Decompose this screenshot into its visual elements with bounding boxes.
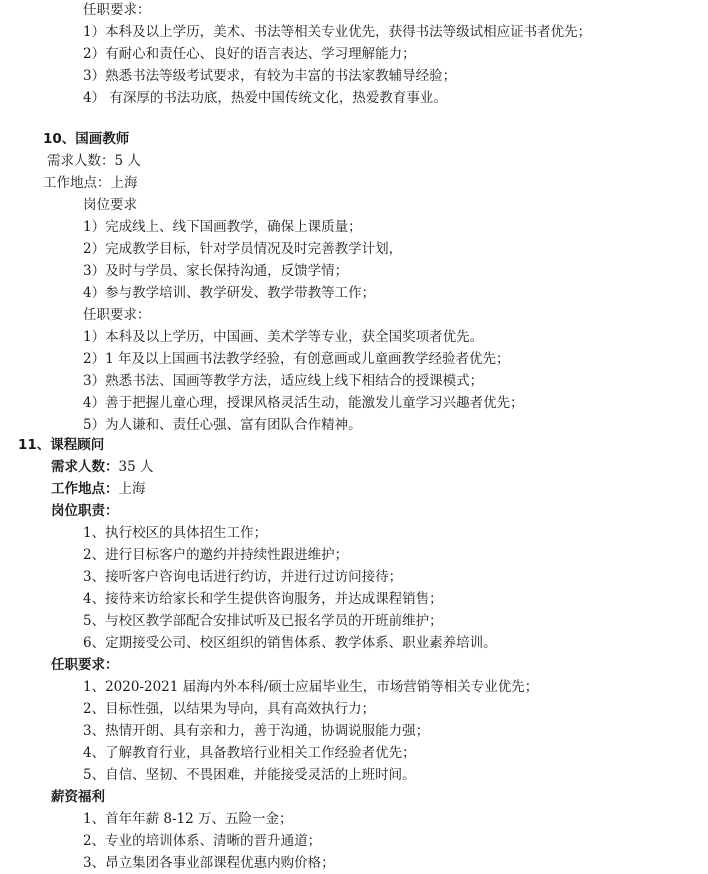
list-item: 2、专业的培训体系、清晰的晋升通道； [83, 832, 321, 850]
list-item: 2、进行目标客户的邀约并持续性跟进维护； [83, 546, 348, 564]
list-item: 1）本科及以上学历，中国画、美术学等专业，获全国奖项者优先。 [83, 328, 483, 346]
headcount-label: 需求人数： [51, 459, 119, 475]
list-item: 6、定期接受公司、校区组织的销售体系、教学体系、职业素养培训。 [83, 634, 497, 652]
headcount: 需求人数：35 人 [51, 458, 153, 476]
list-item: 1、执行校区的具体招生工作； [83, 524, 267, 542]
location-label: 工作地点： [51, 481, 119, 497]
list-item: 1、首年年薪 8-12 万、五险一金； [83, 810, 293, 828]
list-item: 2）完成教学目标，针对学员情况及时完善教学计划， [83, 240, 402, 258]
list-item: 4、了解教育行业，具备教培行业相关工作经验者优先； [83, 744, 416, 762]
location-value: 上海 [119, 481, 146, 497]
list-item: 4）善于把握儿童心理，授课风格灵活生动，能激发儿童学习兴趣者优先； [83, 394, 524, 412]
section-title: 11、课程顾问 [18, 436, 104, 454]
list-item: 4） 有深厚的书法功底，热爱中国传统文化，热爱教育事业。 [83, 89, 447, 107]
headcount-value: 35 人 [119, 459, 154, 475]
list-item: 4、接待来访给家长和学生提供咨询服务，并达成课程销售； [83, 590, 443, 608]
list-item: 5、自信、坚韧、不畏困难，并能接受灵活的上班时间。 [83, 766, 416, 784]
list-item: 3、昂立集团各事业部课程优惠内购价格； [83, 854, 335, 872]
duty-heading: 岗位要求 [83, 196, 137, 214]
list-item: 2、目标性强，以结果为导向，具有高效执行力； [83, 700, 375, 718]
list-item: 5、与校区教学部配合安排试听及已报名学员的开班前维护； [83, 612, 443, 630]
list-item: 3）熟悉书法、国画等教学方法，适应线上线下相结合的授课模式； [83, 372, 483, 390]
list-item: 3、热情开朗、具有亲和力，善于沟通，协调说服能力强； [83, 722, 429, 740]
headcount: 需求人数：5 人 [47, 152, 141, 170]
req-heading: 任职要求： [83, 1, 151, 19]
duty-heading: 岗位职责： [51, 502, 119, 520]
list-item: 3）熟悉书法等级考试要求，有较为丰富的书法家教辅导经验； [83, 67, 456, 85]
section-title: 10、国画教师 [43, 130, 129, 148]
list-item: 2）1 年及以上国画书法教学经验，有创意画或儿童画教学经验者优先； [83, 350, 509, 368]
list-item: 5）为人谦和、责任心强、富有团队合作精神。 [83, 416, 362, 434]
req-heading: 任职要求： [83, 306, 151, 324]
req-heading: 任职要求： [51, 656, 119, 674]
benefit-heading: 薪资福利 [51, 788, 105, 806]
list-item: 1）完成线上、线下国画教学，确保上课质量； [83, 218, 362, 236]
list-item: 1、2020-2021 届海内外本科/硕士应届毕业生，市场营销等相关专业优先； [83, 678, 538, 696]
list-item: 2）有耐心和责任心、良好的语言表达、学习理解能力； [83, 45, 416, 63]
list-item: 4）参与教学培训、教学研发、教学带教等工作； [83, 284, 375, 302]
list-item: 3）及时与学员、家长保持沟通，反馈学情； [83, 262, 348, 280]
location: 工作地点：上海 [51, 480, 146, 498]
list-item: 3、接听客户咨询电话进行约访，并进行过访问接待； [83, 568, 402, 586]
list-item: 1）本科及以上学历，美术、书法等相关专业优先，获得书法等级试相应证书者优先； [83, 23, 591, 41]
location: 工作地点：上海 [43, 174, 138, 192]
